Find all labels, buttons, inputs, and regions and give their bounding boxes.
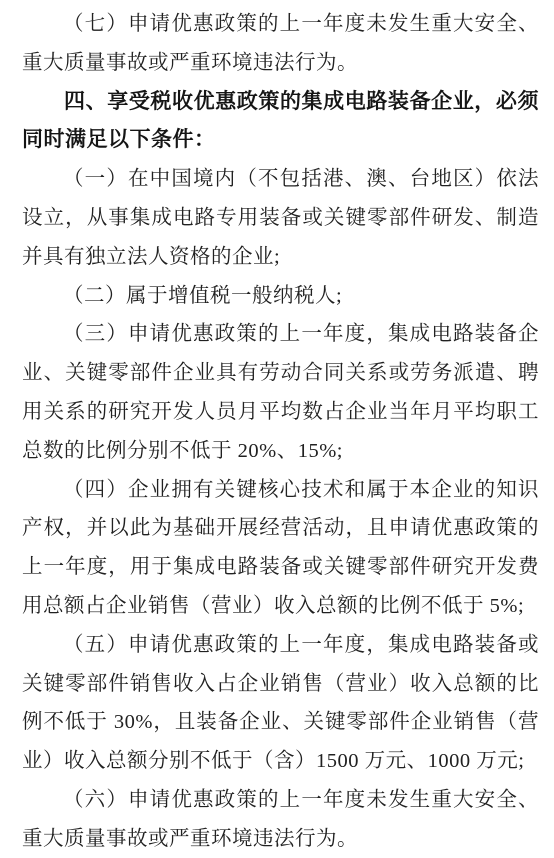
clause-6-paragraph: （六）申请优惠政策的上一年度未发生重大安全、重大质量事故或严重环境违法行为。 bbox=[22, 781, 539, 858]
clause-4-paragraph: （四）企业拥有关键核心技术和属于本企业的知识产权，并以此为基础开展经营活动，且申… bbox=[22, 471, 539, 626]
clause-3-paragraph: （三）申请优惠政策的上一年度，集成电路装备企业、关键零部件企业具有劳动合同关系或… bbox=[22, 315, 539, 470]
clause-5-paragraph: （五）申请优惠政策的上一年度，集成电路装备或关键零部件销售收入占企业销售（营业）… bbox=[22, 626, 539, 781]
section-4-heading: 四、享受税收优惠政策的集成电路装备企业，必须同时满足以下条件： bbox=[22, 83, 539, 161]
clause-7-paragraph: （七）申请优惠政策的上一年度未发生重大安全、重大质量事故或严重环境违法行为。 bbox=[22, 5, 539, 83]
clause-2-paragraph: （二）属于增值税一般纳税人; bbox=[22, 277, 539, 316]
clause-1-paragraph: （一）在中国境内（不包括港、澳、台地区）依法设立，从事集成电路专用装备或关键零部… bbox=[22, 160, 539, 276]
document-page: （七）申请优惠政策的上一年度未发生重大安全、重大质量事故或严重环境违法行为。 四… bbox=[0, 0, 554, 858]
